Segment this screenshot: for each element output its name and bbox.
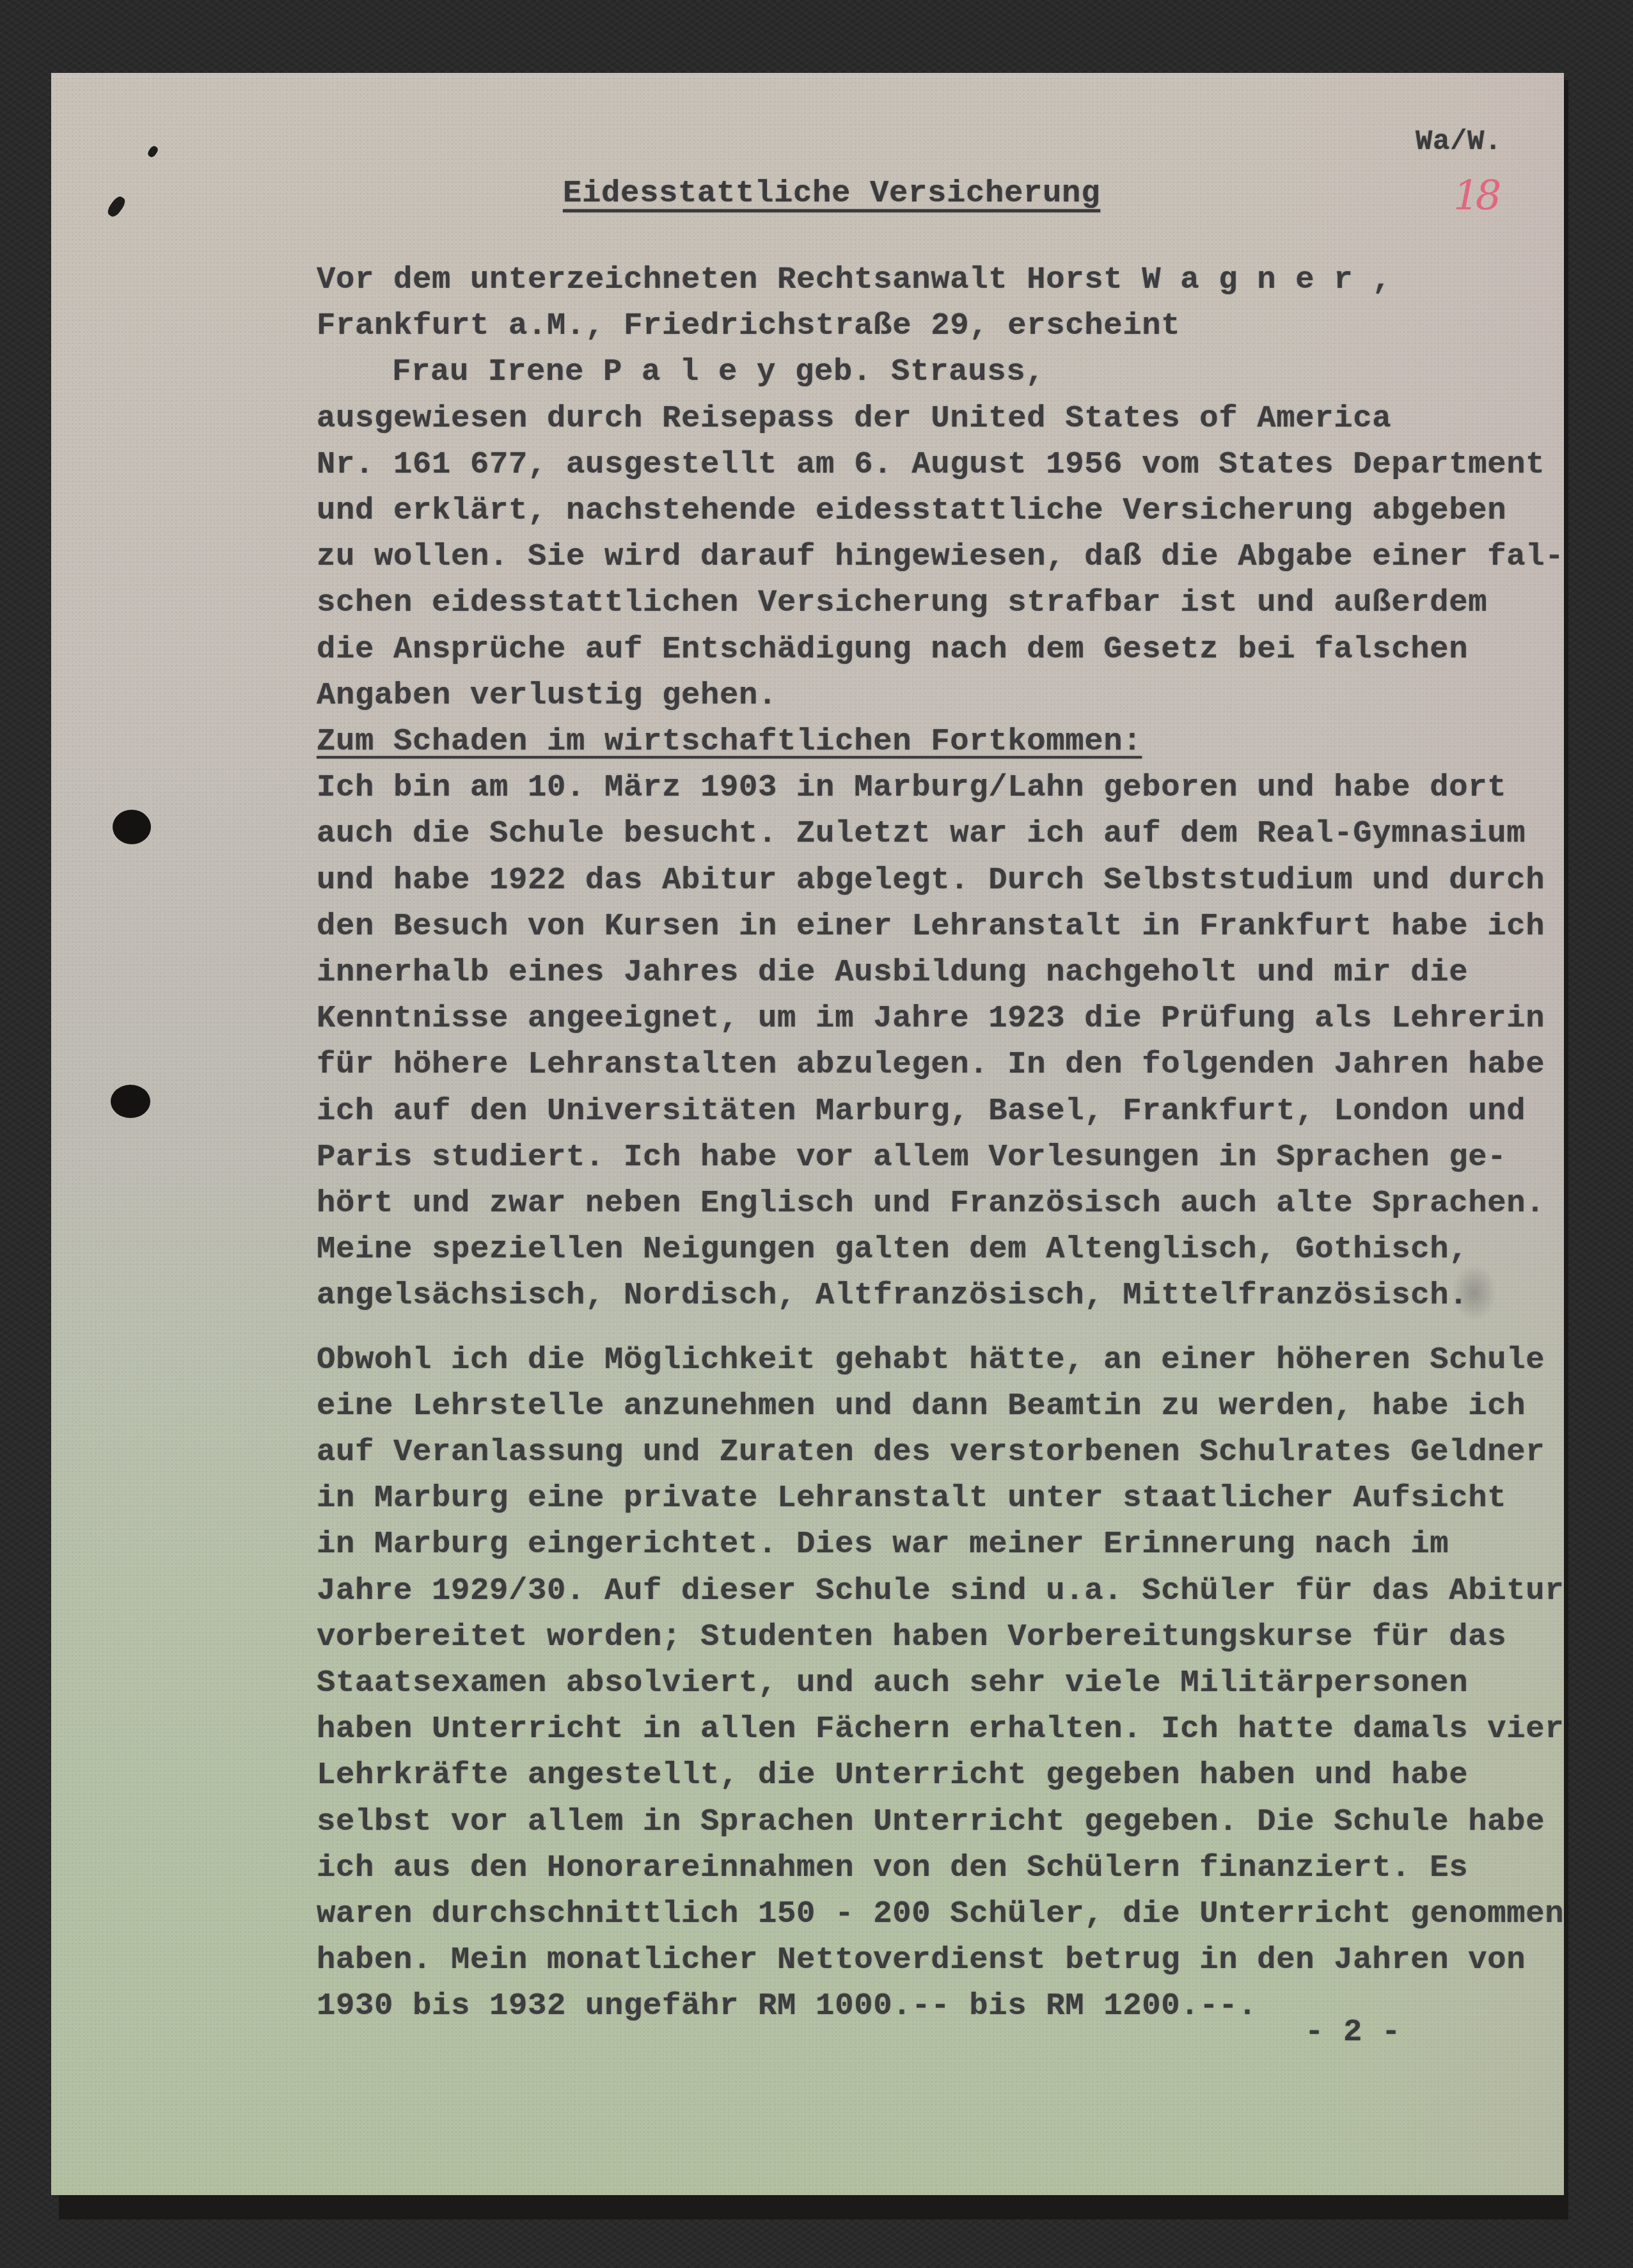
paragraph2-line: haben Unterricht in allen Fächern erhalt… xyxy=(317,1713,1564,1745)
section-heading: Zum Schaden im wirtschaftlichen Fortkomm… xyxy=(317,726,1142,757)
paragraph2-line: in Marburg eingerichtet. Dies war meiner… xyxy=(317,1529,1449,1560)
paragraph2-line: auf Veranlassung und Zuraten des verstor… xyxy=(317,1437,1545,1468)
paragraph2-line: Obwohl ich die Möglichkeit gehabt hätte,… xyxy=(317,1344,1545,1376)
intro-line: die Ansprüche auf Entschädigung nach dem… xyxy=(317,634,1468,665)
paragraph2-line: Staatsexamen absolviert, und auch sehr v… xyxy=(317,1667,1468,1699)
intro-line: schen eidesstattlichen Versicherung stra… xyxy=(317,587,1487,618)
intro-line: zu wollen. Sie wird darauf hingewiesen, … xyxy=(317,541,1564,572)
paragraph2-line: haben. Mein monatlicher Nettoverdienst b… xyxy=(317,1944,1526,1976)
paragraph2-line: selbst vor allem in Sprachen Unterricht … xyxy=(317,1806,1545,1838)
paragraph1-line: Kenntnisse angeeignet, um im Jahre 1923 … xyxy=(317,1003,1545,1034)
reference-code: Wa/W. xyxy=(1416,128,1502,156)
intro-line: und erklärt, nachstehende eidesstattlich… xyxy=(317,495,1506,526)
paragraph1-line: Meine speziellen Neigungen galten dem Al… xyxy=(317,1234,1468,1265)
paragraph2-line: eine Lehrstelle anzunehmen und dann Beam… xyxy=(317,1390,1526,1422)
staple-mark-bottom xyxy=(106,194,127,219)
paragraph1-line: ich auf den Universitäten Marburg, Basel… xyxy=(317,1096,1526,1127)
paragraph2-line: ich aus den Honorareinnahmen von den Sch… xyxy=(317,1852,1468,1884)
paragraph1-line: für höhere Lehranstalten abzulegen. In d… xyxy=(317,1049,1545,1080)
paragraph1-line: innerhalb eines Jahres die Ausbildung na… xyxy=(317,957,1468,988)
paragraph1-line: und habe 1922 das Abitur abgelegt. Durch… xyxy=(317,865,1545,896)
intro-line: Vor dem unterzeichneten Rechtsanwalt Hor… xyxy=(317,264,1391,295)
paragraph2-line: Lehrkräfte angestellt, die Unterricht ge… xyxy=(317,1760,1468,1791)
intro-line: Frau Irene P a l e y geb. Strauss, xyxy=(392,356,1045,388)
page-continuation: - 2 - xyxy=(1305,2017,1401,2048)
paragraph1-line: auch die Schule besucht. Zuletzt war ich… xyxy=(317,818,1526,849)
paragraph1-line: angelsächsisch, Nordisch, Altfranzösisch… xyxy=(317,1280,1468,1311)
paragraph1-line: Paris studiert. Ich habe vor allem Vorle… xyxy=(317,1142,1506,1173)
punch-hole-upper xyxy=(113,810,151,844)
paragraph1-line: Ich bin am 10. März 1903 in Marburg/Lahn… xyxy=(317,772,1506,803)
intro-line: ausgewiesen durch Reisepass der United S… xyxy=(317,403,1391,434)
punch-hole-lower xyxy=(111,1085,150,1118)
paragraph2-line: vorbereitet worden; Studenten haben Vorb… xyxy=(317,1621,1506,1653)
paragraph2-line: waren durchschnittlich 150 - 200 Schüler… xyxy=(317,1898,1564,1930)
intro-line: Frankfurt a.M., Friedrichstraße 29, ersc… xyxy=(317,310,1180,342)
paragraph2-line: 1930 bis 1932 ungefähr RM 1000.-- bis RM… xyxy=(317,1990,1257,2022)
paragraph2-line: in Marburg eine private Lehranstalt unte… xyxy=(317,1483,1506,1514)
folio-mark: 18 xyxy=(1453,173,1497,220)
paragraph2-line: Jahre 1929/30. Auf dieser Schule sind u.… xyxy=(317,1575,1564,1607)
intro-line: Nr. 161 677, ausgestellt am 6. August 19… xyxy=(317,449,1545,480)
staple-mark-top xyxy=(146,145,159,159)
paragraph1-line: den Besuch von Kursen in einer Lehransta… xyxy=(317,911,1545,942)
paragraph1-line: hört und zwar neben Englisch und Französ… xyxy=(317,1188,1545,1219)
document-title: Eidesstattliche Versicherung xyxy=(563,178,1100,209)
intro-line: Angaben verlustig gehen. xyxy=(317,680,777,711)
